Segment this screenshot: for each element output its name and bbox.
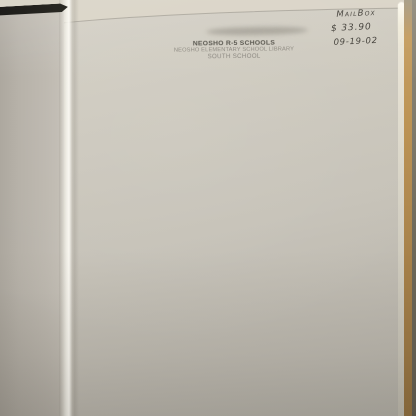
book-photo: NEOSHO R-5 SCHOOLS NEOSHO ELEMENTARY SCH… [0, 0, 416, 416]
library-stamp: NEOSHO R-5 SCHOOLS NEOSHO ELEMENTARY SCH… [166, 39, 302, 60]
page-gutter [59, 0, 79, 416]
stamp-school-name: SOUTH SCHOOL [166, 52, 302, 60]
note-date: 09-19-02 [333, 37, 378, 48]
note-title: MailBox [336, 9, 377, 20]
facing-page [0, 0, 64, 416]
photo-right-edge [412, 0, 416, 416]
handwritten-note: MailBox $ 33.90 09-19-02 [327, 9, 378, 48]
note-price: $ 33.90 [331, 23, 378, 34]
